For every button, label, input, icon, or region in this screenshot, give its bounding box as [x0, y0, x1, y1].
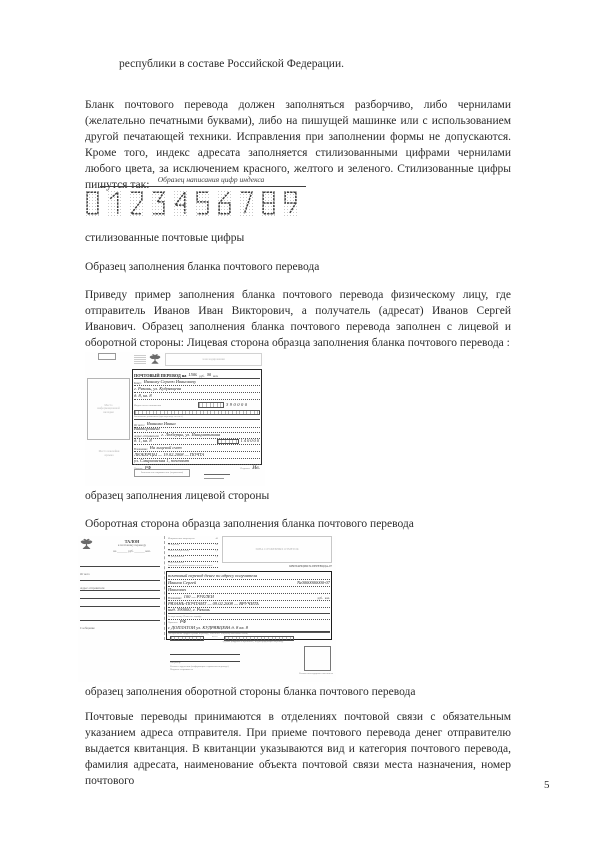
postal-digit-1 [107, 190, 122, 216]
postal-digit-7 [239, 190, 254, 216]
digits-figure-rule [100, 186, 306, 187]
back-fill-note: Заполняется работниками почтовой связи [168, 565, 212, 569]
heading-sample: Образец заполнения бланка почтового пере… [85, 259, 511, 275]
postal-digits-row [85, 190, 311, 216]
front-index-value: 390000 [226, 403, 249, 408]
back-talon-addr-line: Адрес отправителя [80, 576, 160, 581]
back-stamp-box [304, 646, 331, 671]
front-sidebar-insert-box: Место информационной вкладки [87, 378, 130, 440]
front-sign-value: Ив. [252, 465, 260, 471]
back-receipt-caption-row: Заполняется работниками почтовой связи К… [168, 565, 332, 569]
back-r-kop-label: коп. [325, 596, 330, 600]
front-header-zone-box: зона кодирования [165, 353, 262, 366]
postal-digit-0 [85, 190, 100, 216]
back-cells-subbox: (контрольные цифры суммы перевода, запол… [168, 632, 330, 640]
heading-back: Оборотная сторона образца заполнения бла… [85, 516, 511, 532]
back-r-line1: почтовый перевод денег по адресу получат… [168, 574, 257, 579]
back-sign-line: Подпись отправителя [170, 657, 240, 662]
back-fee-note: За пересылку. Плата по тарифу: [168, 616, 202, 619]
front-bottom-note: Заполняется отправителем (чернилами) [141, 472, 183, 475]
form-back-image: ТАЛОН к почтовому переводу на _______ ру… [78, 536, 336, 682]
para-reception: Почтовые переводы принимаются в отделени… [85, 709, 511, 789]
form-front-image: Место информационной вкладки Место накле… [85, 352, 265, 486]
back-r-name2: Иванович [168, 588, 186, 593]
front-header-zone-label: зона кодирования [202, 358, 225, 362]
front-index-cells [198, 402, 224, 408]
front-sender-addr-value-2: д. 1, кв. 8 [134, 439, 152, 444]
postal-digit-4 [173, 190, 188, 216]
back-talon-from-line: От кого [80, 562, 160, 567]
postal-digits-figure: Образец написания цифр индекса [85, 175, 311, 216]
front-where-value-1: г. Рязань, ул. Кудрявцева [134, 387, 181, 392]
back-paid-line: с ДОПЛАТОЙ ул. КУДРЯВЦЕВА д. 8 кв. 8 [168, 626, 248, 631]
back-r-post: РЯЗАНЬ-ПОЧТАМТ — 09.02.2008 — ВРУЧИТЬ [168, 602, 259, 607]
back-r-amount: 100 — РУБЛЕЙ [184, 595, 214, 600]
back-talon-amount-line: на _______ руб. _______ коп. [104, 550, 160, 554]
back-talon-msg-line: Сообщение [80, 616, 160, 621]
back-center-note: (сумма цифрами и прописью, подтверждающа… [188, 641, 318, 644]
back-cells-total-label: всего [212, 636, 218, 639]
front-form-box: ПОЧТОВЫЙ ПЕРЕВОД на 1500 руб. 00 коп. Ко… [132, 369, 262, 465]
para-example: Приведу пример заполнения бланка почтово… [85, 287, 511, 351]
postal-digit-3 [151, 190, 166, 216]
back-enclosure-label: Вложение: [168, 596, 182, 600]
front-index-label: Индекс места назначения [134, 405, 196, 408]
postal-digit-9 [283, 190, 298, 216]
front-header-code-lines [134, 354, 146, 364]
back-talon-rule-1 [80, 586, 160, 591]
back-talon-rule-2 [80, 594, 160, 599]
back-talon-rule-3 [80, 602, 160, 607]
front-to-value: Иванову Сергею Ивановичу [144, 380, 197, 385]
back-r-name: Иванов Сергей [168, 581, 196, 586]
front-kop-label: коп. [213, 374, 218, 378]
back-talon-subtitle: к почтовому переводу [104, 544, 160, 548]
caption-back: образец заполнения оборотной стороны бла… [85, 684, 511, 700]
front-sender-index-cells [217, 439, 239, 445]
front-kop-value: 00 [207, 373, 212, 378]
postal-digit-8 [261, 190, 276, 216]
back-service-zone-box: ЗОНА СЛУЖЕБНЫХ ОТМЕТОК [222, 536, 332, 563]
intro-line: республики в составе Российской Федераци… [85, 56, 545, 72]
front-enclosure-value: На лицевой счет [150, 446, 182, 451]
back-operator-line: Оператор: [170, 650, 240, 655]
back-cells-group-1 [170, 636, 204, 641]
front-sidebar-insert-label: Место информационной вкладки [95, 404, 123, 415]
front-post-line-2: ул. Смирновская 1, почтамт [134, 459, 189, 464]
postal-digit-5 [195, 190, 210, 216]
coat-of-arms-icon [80, 538, 93, 556]
back-service-zone-label: ЗОНА СЛУЖЕБНЫХ ОТМЕТОК [255, 548, 298, 552]
front-sign-label: Подпись: [240, 468, 250, 471]
front-post-line: ЛЮБЕРЦЫ — 19.02.2008 — ПОЧТА [134, 453, 204, 458]
postal-digit-6 [217, 190, 232, 216]
document-page: республики в составе Российской Федераци… [0, 0, 595, 842]
postal-digit-2 [129, 190, 144, 216]
front-where-value-2: д. 8, кв. 8 [134, 394, 152, 399]
front-sidebar-note: Место наклейки ярлыка [94, 450, 124, 457]
front-enclosure-label: Вложение: [134, 447, 148, 451]
front-bottom-line-2 [204, 478, 224, 479]
front-bottom-line-1 [204, 474, 230, 475]
back-r-addr: инд. 390000, г. Рязань [168, 608, 210, 613]
caption-front: образец заполнения лицевой стороны [85, 488, 511, 504]
front-bottom-note-box: Заполняется отправителем (чернилами) [134, 469, 190, 477]
back-talon-heading: ТАЛОН к почтовому переводу на _______ ру… [104, 539, 160, 553]
front-main-area: зона кодирования ПОЧТОВЫЙ ПЕРЕВОД на 150… [132, 352, 265, 486]
front-amount-value: 1500 [188, 373, 197, 378]
back-perforation-line [164, 536, 165, 640]
back-talon-msg-label: Сообщение [80, 626, 95, 630]
back-r-rub-label: руб. [318, 596, 323, 600]
front-title: ПОЧТОВЫЙ ПЕРЕВОД на [134, 373, 186, 378]
back-receipt-box: почтовый перевод денег по адресу получат… [166, 571, 332, 640]
front-sender-index-value: 140000 [241, 439, 261, 444]
front-rub-label: руб. [199, 374, 204, 378]
front-sidebar-small-box [98, 353, 116, 360]
back-r-number: №0000000000-07 [297, 581, 330, 586]
back-bottom-note: Оттиск о вручении (информация о принятом… [170, 666, 280, 669]
back-receipt-title: КВИТАНЦИЯ № ПЕРЕВОДА-07 [289, 565, 332, 569]
back-stamp-caption: Оттиск календарного штемпеля [296, 673, 336, 676]
digits-figure-title: Образец написания цифр индекса [85, 175, 311, 184]
caption-digits: стилизованные почтовые цифры [85, 230, 511, 246]
front-to-label: Кому: [134, 381, 142, 385]
page-number: 5 [544, 779, 550, 791]
